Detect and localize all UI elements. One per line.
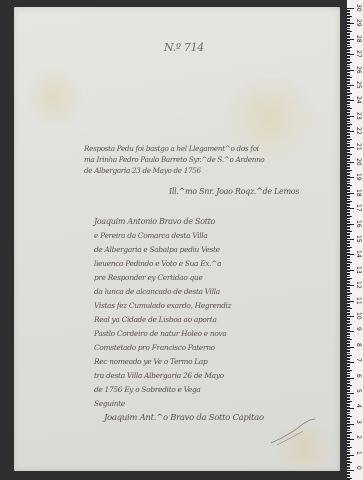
body-line: e Pereira da Comarca desta Villa xyxy=(94,229,207,243)
ruler-label: 10 xyxy=(355,312,362,324)
ruler-label: 2 xyxy=(355,435,362,447)
ruler-label: 21 xyxy=(355,143,362,155)
body-line: Rec nomeado ye Ve o Termo Lap xyxy=(94,355,207,369)
ruler-label: 20 xyxy=(355,158,362,170)
ruler-label: 25 xyxy=(355,81,362,93)
ruler-label: 29 xyxy=(355,19,362,31)
ruler-label: 12 xyxy=(355,281,362,293)
ruler-label: 13 xyxy=(355,266,362,278)
body-line: Seguinte xyxy=(94,397,125,411)
ruler-label: 6 xyxy=(355,374,362,386)
body-line: tra desta Villa Albergaria 26 de Mayo xyxy=(94,369,224,383)
ruler-label: 27 xyxy=(355,50,362,62)
ruler-label: 23 xyxy=(355,112,362,124)
ruler-label: 0 xyxy=(355,466,362,478)
body-line: da lunca de alcancado de desta Villa xyxy=(94,285,220,299)
body-line: de Albergaria e Sabalpa pediu Veste xyxy=(94,243,220,257)
ruler-label: 30 xyxy=(355,4,362,16)
paper-stain xyxy=(24,67,84,127)
manuscript-page: N.º 714 Resposta Pedu foi bastgo a hel L… xyxy=(14,7,340,471)
salutation: Ill.^mo Snr. Joao Roqz.^de Lemos xyxy=(169,187,299,196)
ruler-label: 5 xyxy=(355,389,362,401)
ruler-label: 14 xyxy=(355,250,362,262)
body-line: Joaquim Antonio Bravo de Sotto xyxy=(94,215,215,229)
ruler-label: 4 xyxy=(355,404,362,416)
ruler-label: 11 xyxy=(355,297,362,309)
ruler-label: 28 xyxy=(355,35,362,47)
header-line: Resposta Pedu foi bastgo a hel Llegament… xyxy=(84,143,259,154)
ruler-label: 26 xyxy=(355,66,362,78)
ruler-label: 3 xyxy=(355,420,362,432)
body-line: Comstetado pro Francisco Paterno xyxy=(94,341,215,355)
ruler-label: 18 xyxy=(355,189,362,201)
signature-flourish-icon xyxy=(269,417,319,447)
body-line: de 1756 Ey o Sobredito e Vega xyxy=(94,383,201,397)
ruler-label: 16 xyxy=(355,220,362,232)
signature: Joaquim Ant.^o Bravo da Sotto Capitao xyxy=(104,413,264,423)
ruler-label: 7 xyxy=(355,358,362,370)
ruler-label: 19 xyxy=(355,173,362,185)
ruler-label: 24 xyxy=(355,96,362,108)
body-line: Pastlo Cordeiro de natur Holeo e nova xyxy=(94,327,227,341)
ruler-label: 9 xyxy=(355,327,362,339)
ruler-label: 17 xyxy=(355,204,362,216)
body-line: Vistas fez Cumulado exardo, Hegrendiz xyxy=(94,299,231,313)
ruler-label: 22 xyxy=(355,127,362,139)
header-line: ma Irinha Pedro Paulo Barreto Syr.^de S.… xyxy=(84,154,264,165)
body-line: pre Responder ey Certidao que xyxy=(94,271,203,285)
ruler-label: 15 xyxy=(355,235,362,247)
ruler-label: 1 xyxy=(355,451,362,463)
ruler-label: 8 xyxy=(355,343,362,355)
header-line: de Albergaria 23 de Mayo de 1756 xyxy=(84,165,201,176)
body-line: Real ya Cidade de Lisboa ao aporta xyxy=(94,313,217,327)
body-line: lieuenca Pedindo e Voto e Sua Ex.^a xyxy=(94,257,221,271)
reference-number: N.º 714 xyxy=(164,41,204,54)
measurement-ruler: 3029282726252423222120191817161514131211… xyxy=(347,0,363,480)
